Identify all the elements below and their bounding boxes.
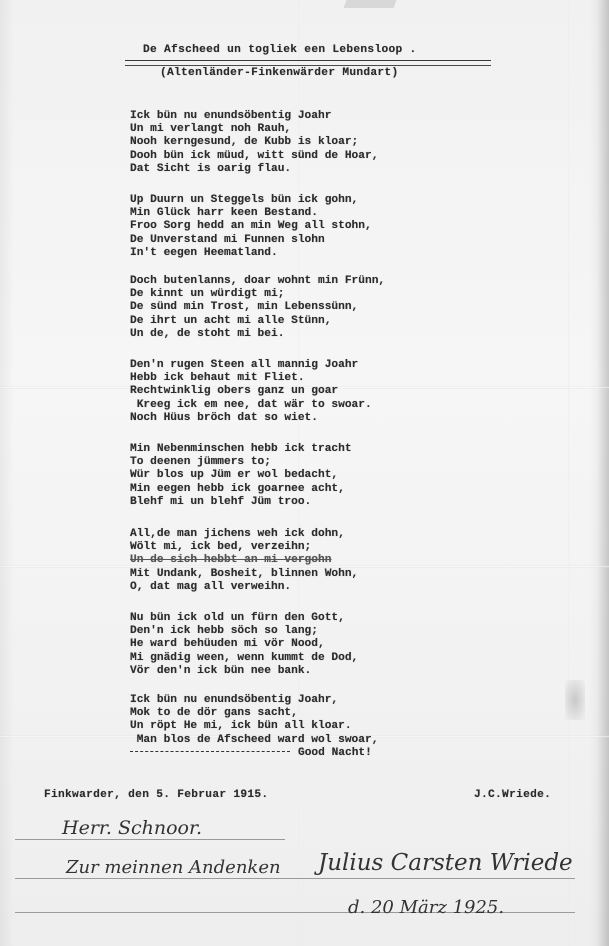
verse-line: Min Glück harr keen Bestand.	[130, 207, 372, 220]
verse-line: Mi gnädig ween, wenn kummt de Dod,	[130, 652, 358, 665]
closing-dash-rule	[130, 751, 290, 752]
verse-line: Nu bün ick old un fürn den Gott,	[130, 612, 358, 625]
verse-line: Min eegen hebb ick goarnee acht,	[130, 483, 352, 496]
verse-line: Up Duurn un Steggels bün ick gohn,	[130, 194, 372, 207]
closing-greeting: Good Nacht!	[298, 747, 372, 759]
verse-line: In't eegen Heematland.	[130, 247, 372, 260]
verse-line: Un mi verlangt noh Rauh,	[130, 123, 378, 136]
closing-line: Good Nacht!	[130, 747, 378, 760]
verse-line: Kreeg ick em nee, dat wär to swoar.	[130, 399, 372, 412]
vertical-fold-crease	[568, 0, 570, 946]
verse-line: De Unverstand mi Funnen slohn	[130, 234, 372, 247]
ink-smudge	[565, 680, 585, 720]
stanza-6: All,de man jichens weh ick dohn, Wölt mi…	[130, 528, 358, 594]
poem-title: De Afscheed un togliek een Lebensloop .	[143, 44, 417, 56]
verse-line: De kinnt un würdigt mi;	[130, 288, 385, 301]
verse-line: Un röpt He mi, ick bün all kloar.	[130, 720, 378, 733]
poem-subtitle: (Altenländer-Finkenwärder Mundart)	[160, 67, 398, 79]
handwriting-guide-line	[15, 839, 285, 840]
handwriting-guide-line	[15, 878, 575, 879]
stanza-3: Doch butenlanns, doar wohnt min Frünn, D…	[130, 275, 385, 341]
torn-edge	[344, 0, 397, 8]
stanza-7: Nu bün ick old un fürn den Gott, Den'n i…	[130, 612, 358, 678]
struck-verse-line: Un de sich hebbt an mi vergohn	[130, 554, 358, 567]
handwritten-date: d. 20 März 1925.	[348, 897, 504, 918]
verse-line: Noch Hüus bröch dat so wiet.	[130, 412, 372, 425]
handwritten-recipient: Herr. Schnoor.	[62, 817, 202, 839]
verse-line: Hebb ick behaut mit Fliet.	[130, 372, 372, 385]
verse-line: Wölt mi, ick bed, verzeihn;	[130, 541, 358, 554]
verse-line: Un de, de stoht mi bei.	[130, 328, 385, 341]
verse-line: De sünd min Trost, min Lebenssünn,	[130, 301, 385, 314]
place-and-date: Finkwarder, den 5. Februar 1915.	[44, 789, 268, 801]
verse-line: Den'n ick hebb söch so lang;	[130, 625, 358, 638]
verse-line: Vör den'n ick bün nee bank.	[130, 665, 358, 678]
verse-line: Blehf mi un blehf Jüm troo.	[130, 496, 352, 509]
verse-line: De ihrt un acht mi alle Stünn,	[130, 315, 385, 328]
verse-line: Froo Sorg hedd an min Weg all stohn,	[130, 220, 372, 233]
typed-author-signature: J.C.Wriede.	[474, 789, 551, 801]
verse-line: Man blos de Afscheed ward wol swoar,	[130, 734, 378, 747]
verse-line: Mit Undank, Bosheit, blinnen Wohn,	[130, 568, 358, 581]
stanza-8: Ick bün nu enundsöbentig Joahr, Mok to d…	[130, 694, 378, 760]
verse-line: Min Nebenminschen hebb ick tracht	[130, 443, 352, 456]
verse-line: Mok to de dör gans sacht,	[130, 707, 378, 720]
verse-line: To deenen jümmers to;	[130, 456, 352, 469]
verse-line: Doch butenlanns, doar wohnt min Frünn,	[130, 275, 385, 288]
verse-line: Den'n rugen Steen all mannig Joahr	[130, 359, 372, 372]
handwritten-signature: Julius Carsten Wriede	[318, 850, 573, 876]
verse-line: Dat Sicht is oarig flau.	[130, 163, 378, 176]
stanza-1: Ick bün nu enundsöbentig Joahr Un mi ver…	[130, 110, 378, 176]
verse-line: All,de man jichens weh ick dohn,	[130, 528, 358, 541]
verse-line: Wür blos up Jüm er wol bedacht,	[130, 469, 352, 482]
verse-line: Rechtwinklig obers ganz un goar	[130, 385, 372, 398]
handwritten-dedication: Zur meinnen Andenken	[66, 857, 281, 878]
stanza-5: Min Nebenminschen hebb ick tracht To dee…	[130, 443, 352, 509]
verse-line: Ick bün nu enundsöbentig Joahr	[130, 110, 378, 123]
stanza-2: Up Duurn un Steggels bün ick gohn, Min G…	[130, 194, 372, 260]
verse-line: Nooh kerngesund, de Kubb is kloar;	[130, 136, 378, 149]
document-page: De Afscheed un togliek een Lebensloop . …	[0, 0, 609, 946]
page-edge-shadow	[597, 0, 609, 946]
stanza-4: Den'n rugen Steen all mannig Joahr Hebb …	[130, 359, 372, 425]
verse-line: He ward behüuden mi vör Nood,	[130, 638, 358, 651]
verse-line: Dooh bün ick müud, witt sünd de Hoar,	[130, 150, 378, 163]
verse-line: Ick bün nu enundsöbentig Joahr,	[130, 694, 378, 707]
title-underline	[125, 60, 491, 66]
verse-line: O, dat mag all verweihn.	[130, 581, 358, 594]
